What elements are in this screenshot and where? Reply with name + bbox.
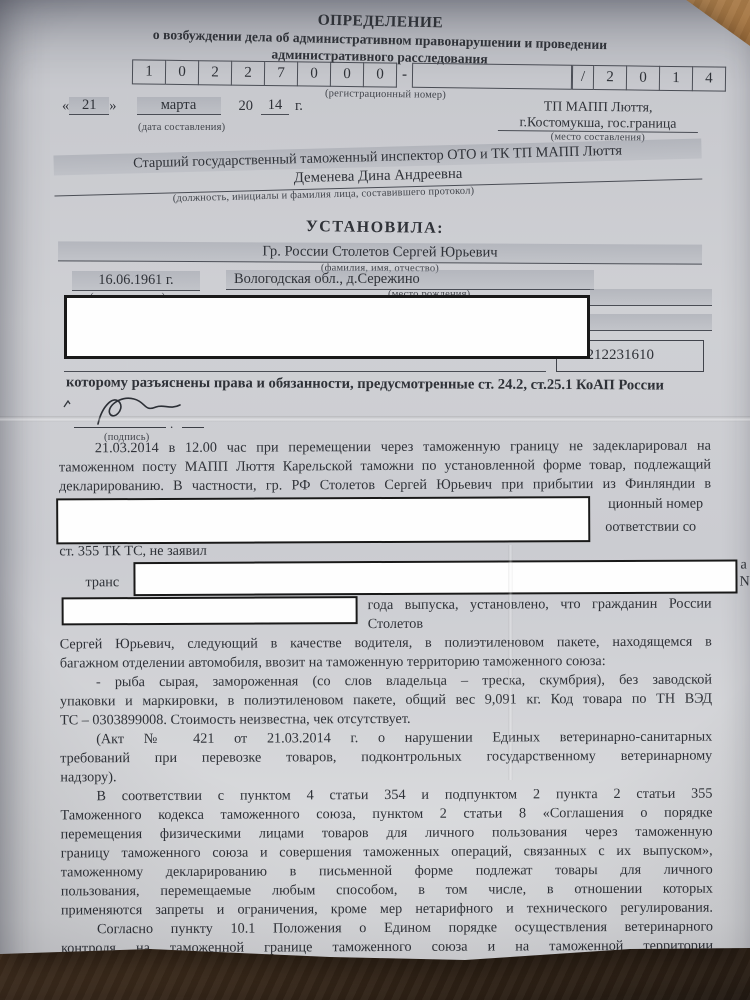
text-fragment: транс xyxy=(85,573,119,592)
text-fragment: оответствии со xyxy=(605,518,696,537)
birth-place: Вологодская обл., д.Сережино xyxy=(226,270,594,290)
reg-digit-cell: 2 xyxy=(199,60,232,85)
redaction-row-3: года выпуска, установлено, что гражданин… xyxy=(60,595,712,636)
reg-year-cell: 2 xyxy=(594,65,627,90)
body-text: 21.03.2014 в 12.00 час при перемещении ч… xyxy=(59,437,713,959)
reg-empty-cell xyxy=(412,63,572,90)
reg-digit-cell: 2 xyxy=(232,61,265,86)
checkmark-stroke xyxy=(62,398,76,410)
established-heading: УСТАНОВИЛА: xyxy=(0,214,750,242)
paper-wrap: ОПРЕДЕЛЕНИЕ о возбуждении дела об админи… xyxy=(0,0,750,1000)
text-fragment: ционный номер xyxy=(608,495,703,514)
body-line: требований при перевозке товаров, подкон… xyxy=(60,747,712,769)
text-fragment: N xyxy=(739,572,749,591)
reg-dash: - xyxy=(402,67,407,84)
body-line: Сергей Юрьевич, следующий в качестве вод… xyxy=(60,633,712,655)
form-field-band xyxy=(590,289,712,306)
redaction-box-personal-data xyxy=(64,295,590,359)
open-quote: « xyxy=(62,98,69,115)
date-century: 20 xyxy=(239,98,254,115)
reg-digit-cell: 7 xyxy=(265,61,298,86)
close-quote: » xyxy=(109,98,116,115)
paper-fold-vertical xyxy=(508,545,513,780)
date-caption: (дата составления) xyxy=(138,122,225,133)
birth-date: 16.06.1961 г. xyxy=(72,271,200,291)
reg-digit-cell: 1 xyxy=(132,59,166,84)
form-field-band xyxy=(590,314,712,331)
paper-fold-horizontal xyxy=(0,416,750,422)
date-year: 14 xyxy=(261,97,289,115)
place-line2: г.Костомукша, гос.граница xyxy=(498,114,698,133)
reg-digit-cell: 0 xyxy=(364,62,397,87)
reg-year-cell: 0 xyxy=(627,65,660,90)
photo-scene: ОПРЕДЕЛЕНИЕ о возбуждении дела об админи… xyxy=(0,0,750,1000)
body-line: упаковки и маркировки, в полиэтиленовом … xyxy=(60,690,712,712)
redaction-row-2: транс а N xyxy=(59,559,711,598)
reg-digit-cell: 0 xyxy=(166,60,199,85)
date-era: г. xyxy=(295,98,303,115)
redaction-box-vehicle-entry xyxy=(56,496,590,544)
officer-block: Старший государственный таможенный инспе… xyxy=(53,139,702,208)
signature-scribble xyxy=(92,388,188,430)
redaction-box-vehicle-plate xyxy=(62,596,358,625)
reg-number-caption: (регистрационный номер) xyxy=(325,88,446,101)
reg-year-cell: 4 xyxy=(693,66,726,91)
body-line: контроля на таможенной границе таможенно… xyxy=(61,937,713,959)
date-month: марта xyxy=(137,97,221,115)
reg-year-cell: 1 xyxy=(660,66,693,91)
reg-slash-cell: / xyxy=(572,65,594,90)
reg-digit-cell: 0 xyxy=(331,62,364,87)
divider-line xyxy=(64,371,546,372)
date-day: 21 xyxy=(69,97,109,115)
document-paper: ОПРЕДЕЛЕНИЕ о возбуждении дела об админи… xyxy=(0,0,750,1000)
place-block: ТП МАПП Люття, г.Костомукша, гос.граница… xyxy=(498,98,698,144)
reg-digit-cell: 0 xyxy=(298,61,331,86)
date-row: « 21 » марта 20 14 г. xyxy=(62,97,303,115)
redaction-box-transport xyxy=(133,559,737,596)
redaction-row-1: ционный номер оответствии со xyxy=(59,494,711,543)
